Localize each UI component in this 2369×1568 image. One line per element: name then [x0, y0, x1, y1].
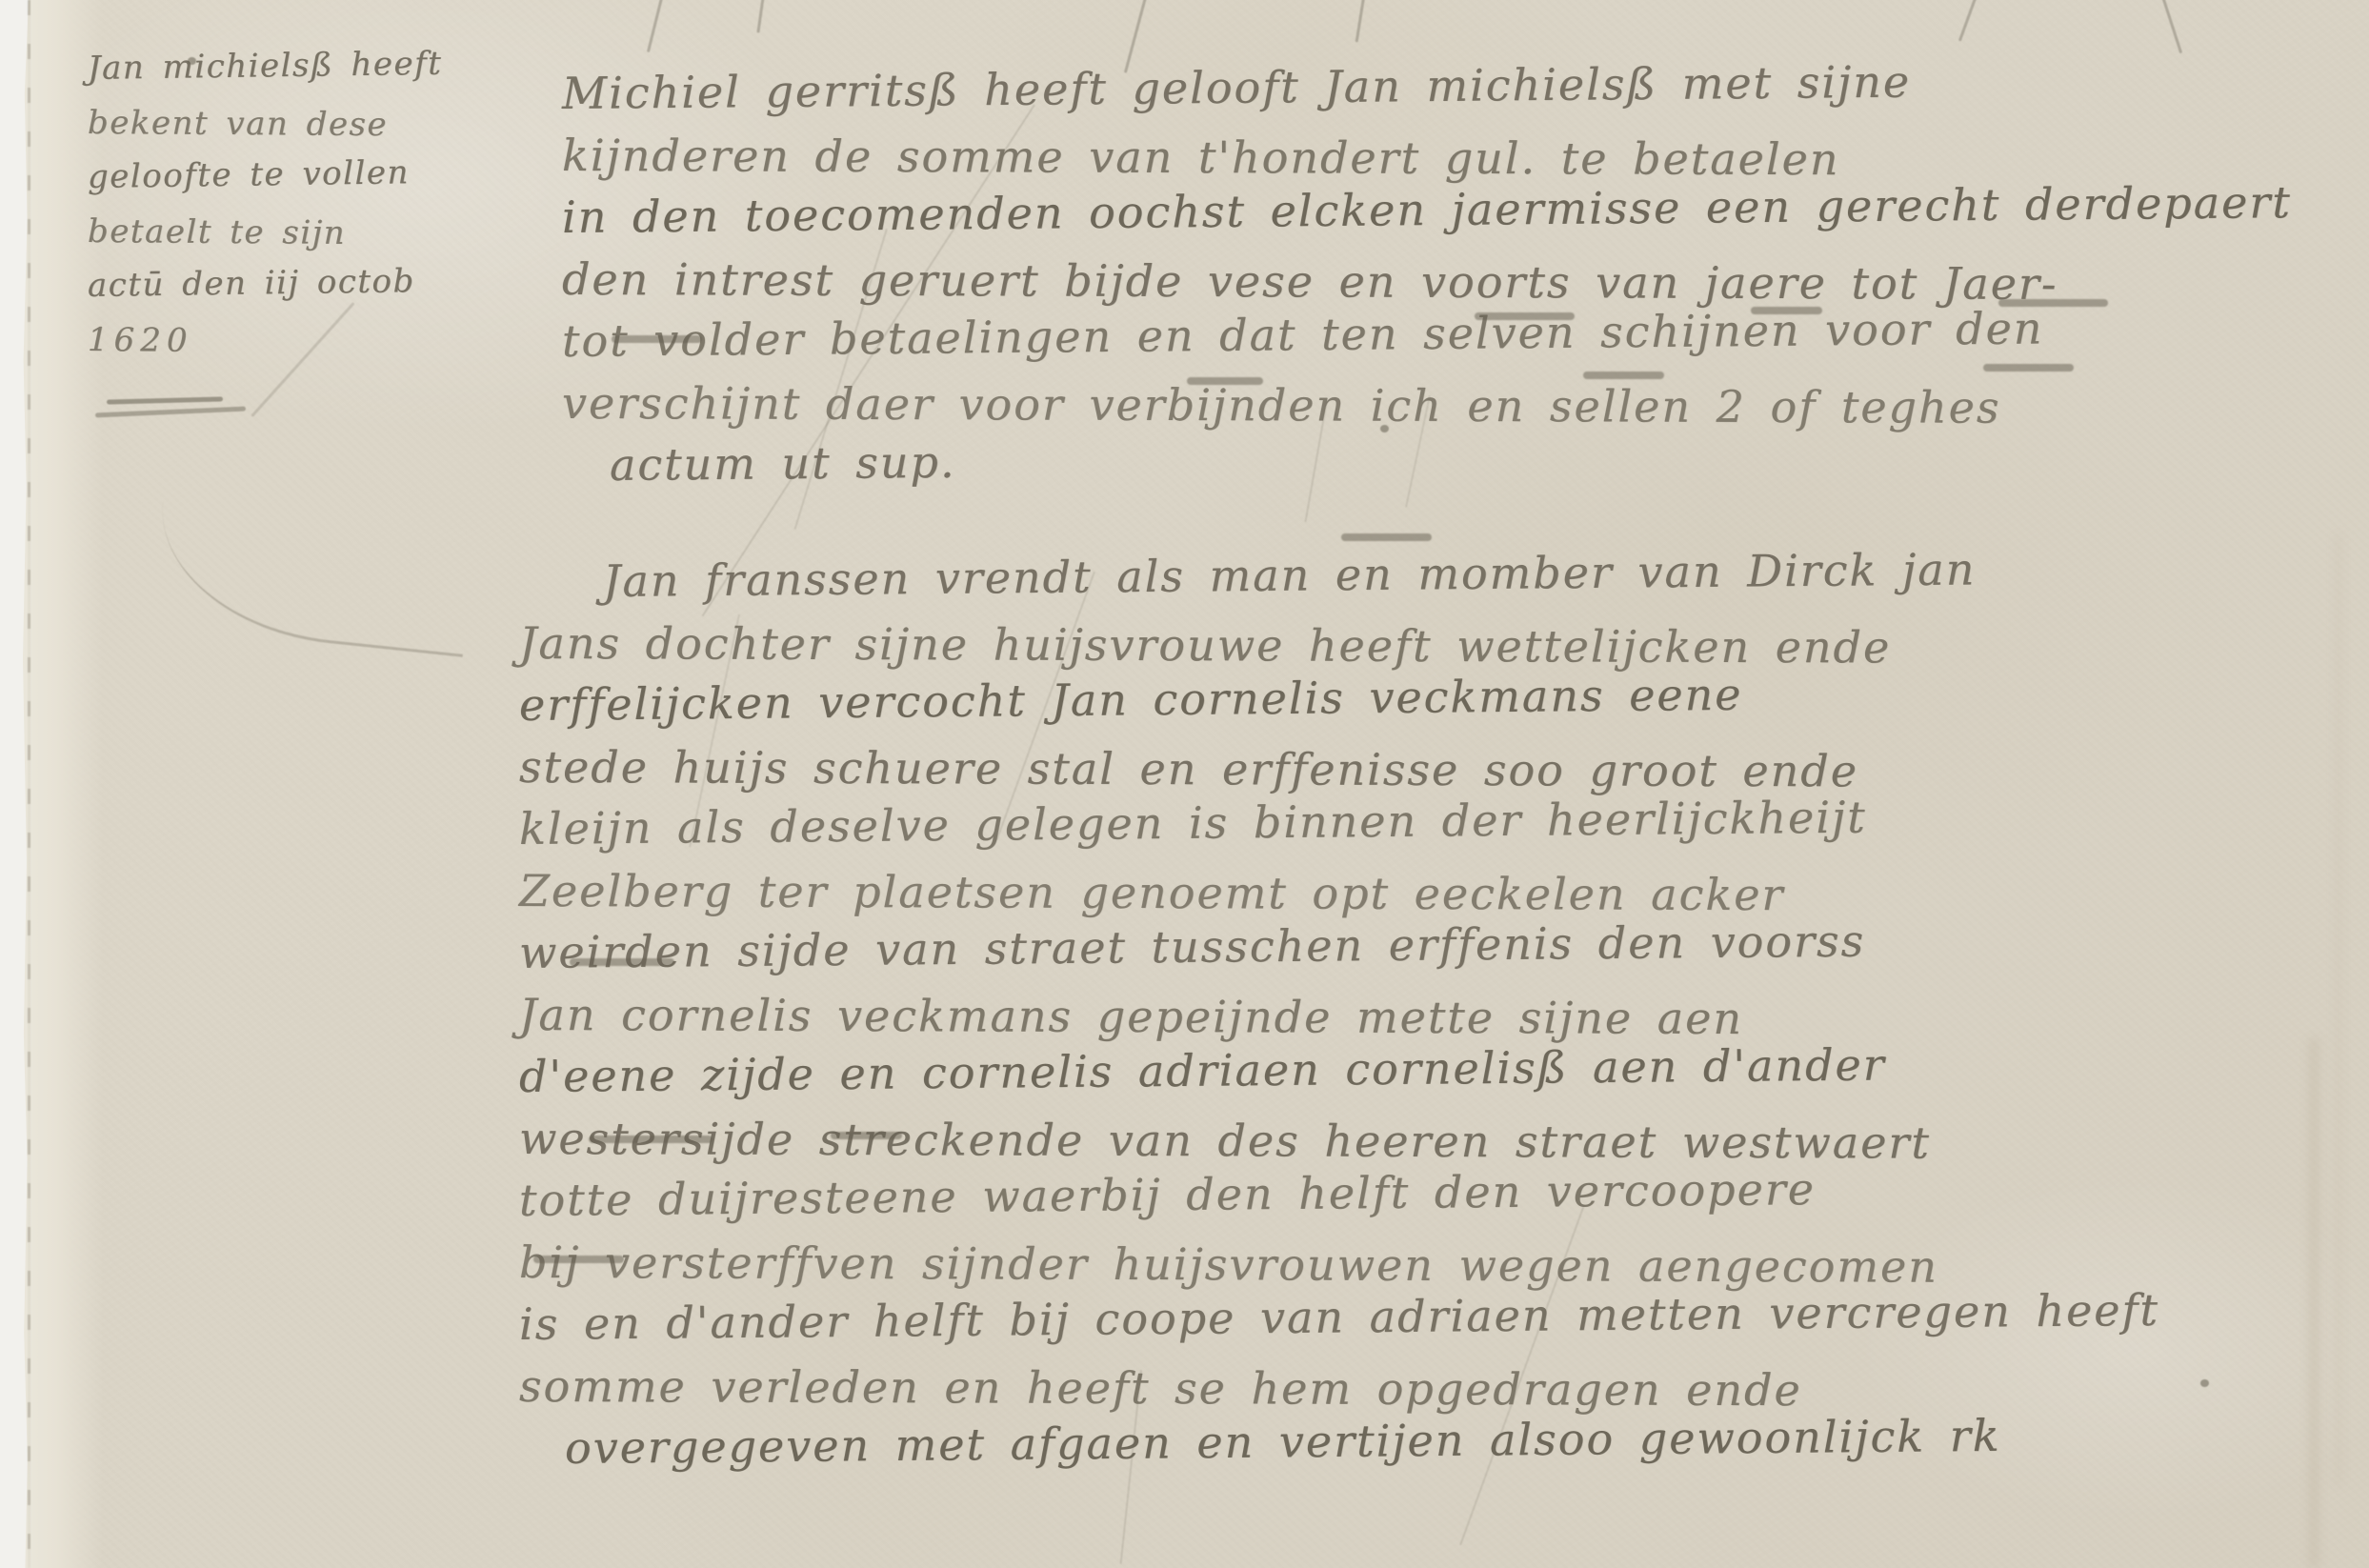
ink-dash	[1341, 533, 1432, 541]
margin-note-line: betaelt te sijn	[88, 205, 443, 262]
pen-flourish	[2155, 0, 2182, 53]
entry-paragraph-2: Jan franssen vrendt als man en momber va…	[519, 551, 2159, 1479]
text-line: is en d'ander helft bij coope van adriae…	[519, 1279, 2160, 1356]
manuscript-page: Jan michielsß heeft bekent van dese gelo…	[0, 0, 2369, 1568]
ink-dash	[1187, 377, 1263, 385]
pen-flourish-curve	[150, 470, 478, 657]
text-line: kleijn als deselve gelegen is binnen der…	[519, 784, 2160, 860]
text-line: totte duijresteene waerbij den helft den…	[519, 1156, 2160, 1232]
text-line: d'eene zijde en cornelis adriaen corneli…	[519, 1032, 2160, 1108]
ink-dash	[570, 958, 674, 966]
ink-dash	[533, 1256, 624, 1263]
margin-note-year: 1620	[88, 313, 443, 371]
ink-dot	[2200, 1379, 2209, 1387]
paper-wrinkle	[2309, 1038, 2319, 1568]
margin-note: Jan michielsß heeft bekent van dese gelo…	[88, 42, 442, 368]
pen-flourish	[647, 0, 667, 52]
ink-dash	[1583, 372, 1664, 379]
margin-note-line: bekent van dese	[88, 96, 443, 153]
ink-dash	[1751, 307, 1822, 314]
ink-dash	[1998, 299, 2108, 307]
ink-dot	[188, 57, 196, 65]
paper-wrinkle	[2336, 533, 2341, 1486]
margin-note-line: geloofte te vollen	[88, 146, 443, 205]
text-line: overgegeven met afgaen en vertijen alsoo…	[565, 1403, 2160, 1479]
ink-dash	[589, 1136, 713, 1143]
margin-note-line: Jan michielsß heeft	[88, 37, 443, 96]
ink-dash	[831, 1132, 902, 1139]
year-underline	[95, 407, 246, 418]
pen-flourish	[756, 0, 767, 33]
margin-note-line: actū den iij octob	[88, 254, 443, 313]
paper-edge-shadow	[28, 0, 30, 1568]
text-line: Jan franssen vrendt als man en momber va…	[603, 537, 2160, 613]
ink-dash	[612, 335, 702, 343]
text-line: weirden sijde van straet tusschen erffen…	[519, 908, 2160, 984]
text-line: erffelijcken vercocht Jan cornelis veckm…	[519, 660, 2160, 736]
ink-dot	[1380, 425, 1389, 432]
ink-dash	[1983, 364, 2074, 372]
text-line: Michiel gerritsß heeft gelooft Jan michi…	[562, 48, 2292, 125]
pen-flourish	[1958, 0, 1982, 42]
year-underline	[107, 396, 223, 404]
ink-dash	[1475, 312, 1575, 320]
pen-flourish	[1355, 0, 1367, 42]
